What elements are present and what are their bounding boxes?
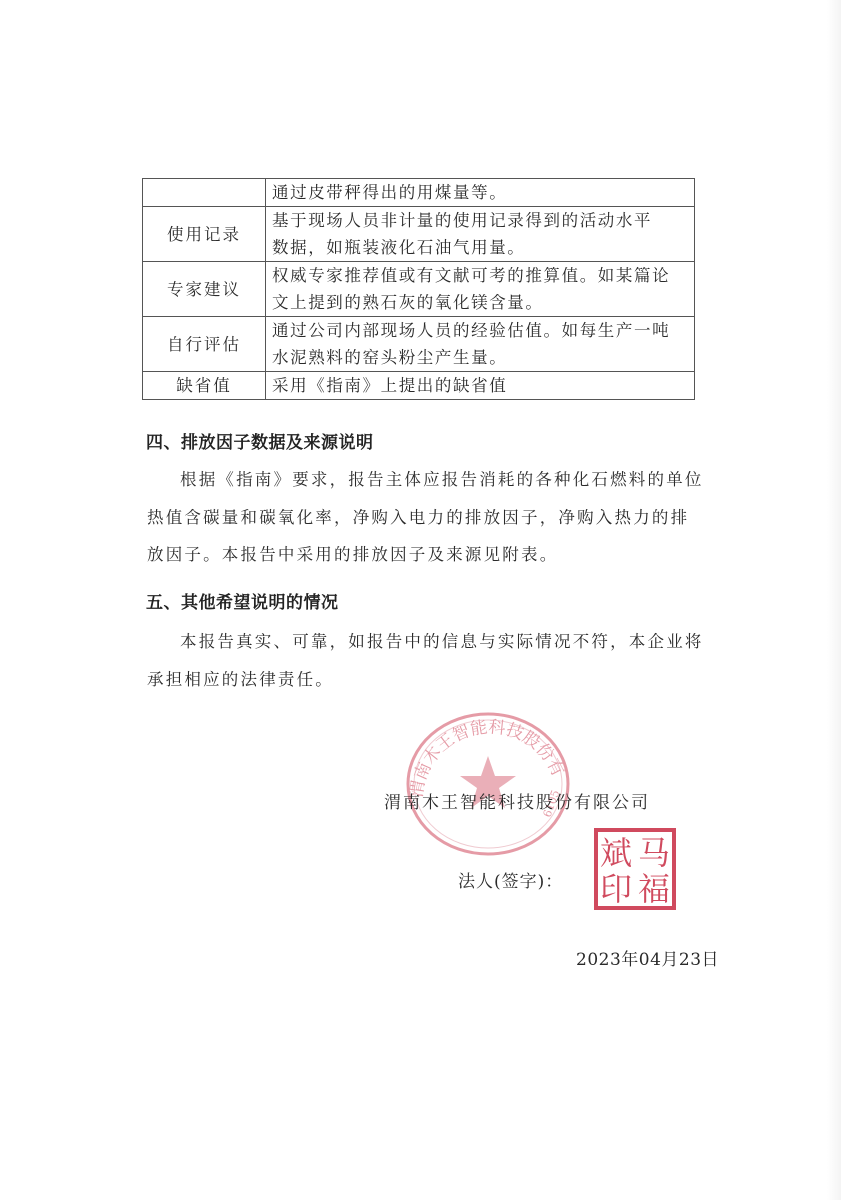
source-type-cell: 专家建议: [143, 262, 266, 317]
source-type-cell: 使用记录: [143, 207, 266, 262]
section-5-heading: 五、其他希望说明的情况: [146, 588, 339, 613]
company-name: 渭南木王智能科技股份有限公司: [384, 788, 650, 813]
desc-line: 基于现场人员非计量的使用记录得到的活动水平: [272, 211, 652, 230]
seal-char: 马: [638, 834, 670, 872]
table-row: 缺省值 采用《指南》上提出的缺省值: [143, 372, 695, 400]
source-desc-cell: 基于现场人员非计量的使用记录得到的活动水平数据，如瓶装液化石油气用量。: [266, 207, 695, 262]
desc-line: 文上提到的熟石灰的氧化镁含量。: [272, 293, 544, 312]
desc-line: 水泥熟料的窑头粉尘产生量。: [272, 348, 507, 367]
legal-rep-square-seal-icon: 马 福 斌 印: [594, 828, 676, 910]
source-desc-cell: 通过公司内部现场人员的经验估值。如每生产一吨水泥熟料的窑头粉尘产生量。: [266, 317, 695, 372]
source-type-cell: 自行评估: [143, 317, 266, 372]
desc-line: 通过皮带秤得出的用煤量等。: [272, 183, 507, 202]
source-type-cell: [143, 179, 266, 207]
desc-line: 数据，如瓶装液化石油气用量。: [272, 238, 525, 257]
company-round-seal-icon: 渭南木王智能科技股份有限公司 6105: [400, 708, 576, 858]
signature-date: 2023年04月23日: [576, 945, 719, 970]
table-row: 通过皮带秤得出的用煤量等。: [143, 179, 695, 207]
source-desc-cell: 权威专家推荐值或有文献可考的推算值。如某篇论文上提到的熟石灰的氧化镁含量。: [266, 262, 695, 317]
source-desc-cell: 通过皮带秤得出的用煤量等。: [266, 179, 695, 207]
section-5-body: 本报告真实、可靠，如报告中的信息与实际情况不符，本企业将承担相应的法律责任。: [147, 623, 707, 698]
legal-rep-signature-label: 法人(签字)：: [458, 867, 563, 892]
desc-line: 采用《指南》上提出的缺省值: [272, 376, 507, 395]
page-edge: [827, 0, 841, 1200]
seal-char: 斌: [600, 834, 632, 872]
seal-char: 福: [638, 870, 670, 908]
table-row: 专家建议 权威专家推荐值或有文献可考的推算值。如某篇论文上提到的熟石灰的氧化镁含…: [143, 262, 695, 317]
source-type-cell: 缺省值: [143, 372, 266, 400]
seal-char: 印: [600, 870, 632, 908]
data-source-table: 通过皮带秤得出的用煤量等。 使用记录 基于现场人员非计量的使用记录得到的活动水平…: [142, 178, 695, 400]
desc-line: 权威专家推荐值或有文献可考的推算值。如某篇论: [272, 266, 670, 285]
section-4-body: 根据《指南》要求，报告主体应报告消耗的各种化石燃料的单位热值含碳量和碳氧化率，净…: [147, 461, 707, 574]
source-desc-cell: 采用《指南》上提出的缺省值: [266, 372, 695, 400]
table-row: 自行评估 通过公司内部现场人员的经验估值。如每生产一吨水泥熟料的窑头粉尘产生量。: [143, 317, 695, 372]
section-4-heading: 四、排放因子数据及来源说明: [146, 428, 374, 453]
table-row: 使用记录 基于现场人员非计量的使用记录得到的活动水平数据，如瓶装液化石油气用量。: [143, 207, 695, 262]
desc-line: 通过公司内部现场人员的经验估值。如每生产一吨: [272, 321, 670, 340]
